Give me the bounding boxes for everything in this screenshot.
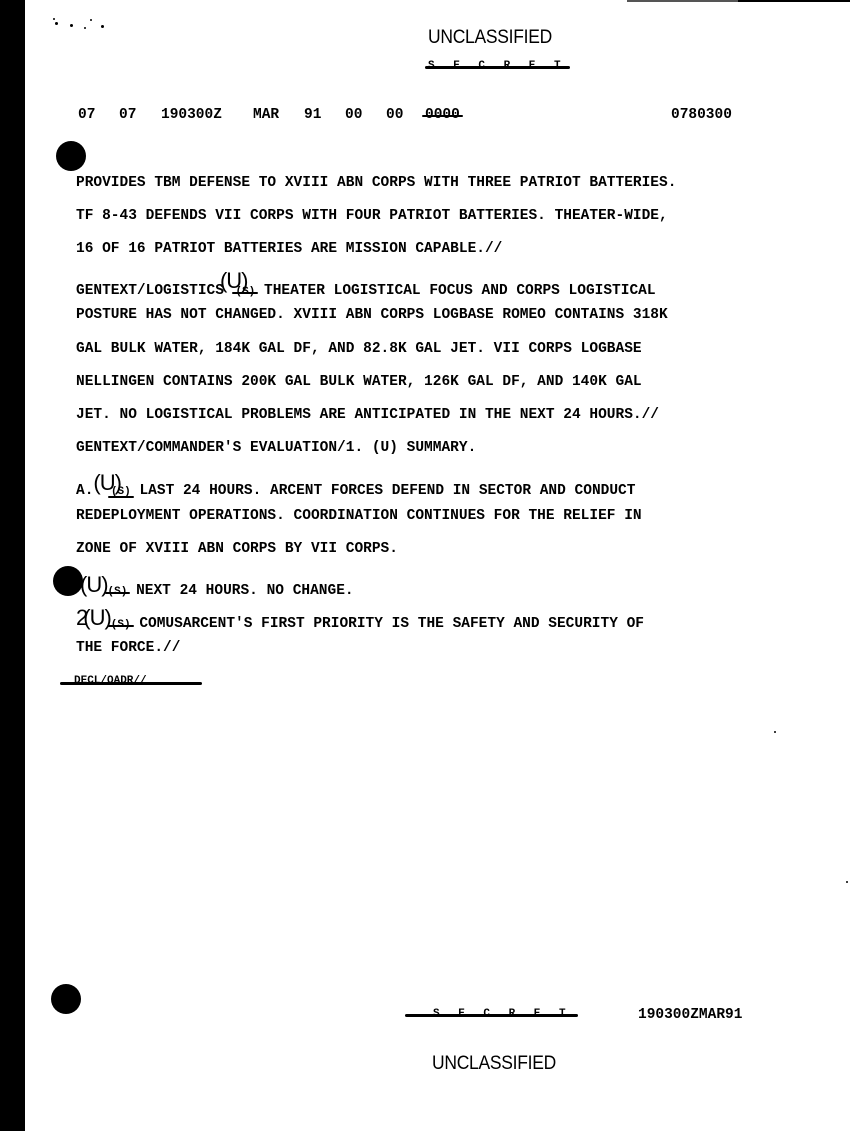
body-line: PROVIDES TBM DEFENSE TO XVIII ABN CORPS … [76,175,676,191]
struck-marking: (S) [235,286,255,298]
header-field-6: 00 [345,107,362,123]
logistics-heading-line: GENTEXT/LOGISTICS(U)(S) THEATER LOGISTIC… [76,274,656,300]
header-field-7: 00 [386,107,403,123]
classification-banner-top: UNCLASSIFIED [428,27,552,49]
handwritten-marking: (U) [83,605,111,631]
scan-black-margin [0,0,25,1131]
body-line: POSTURE HAS NOT CHANGED. XVIII ABN CORPS… [76,307,668,323]
header-month: MAR [253,107,279,123]
footer-dtg: 190300ZMAR91 [638,1007,742,1023]
item-a-first-line: A.(U)(S) LAST 24 HOURS. ARCENT FORCES DE… [76,474,635,500]
struck-marking: (S) [108,586,128,598]
header-field-2: 07 [119,107,136,123]
punch-hole-bottom [51,984,81,1014]
handwritten-marking: (U) [80,572,108,598]
scan-speck [90,19,92,21]
scan-speck [70,24,73,27]
struck-marking: (S) [111,486,131,498]
header-message-number: 0780300 [671,107,732,123]
body-line: 16 OF 16 PATRIOT BATTERIES ARE MISSION C… [76,241,502,257]
body-line: ZONE OF XVIII ABN CORPS BY VII CORPS. [76,541,398,557]
punch-hole-top [56,141,86,171]
body-line: NELLINGEN CONTAINS 200K GAL BULK WATER, … [76,374,642,390]
commander-eval-heading: GENTEXT/COMMANDER'S EVALUATION/1. (U) SU… [76,440,476,456]
item-2-first-line: 2(U)(S) COMUSARCENT'S FIRST PRIORITY IS … [76,607,644,633]
original-classification-top: S E C R E T [428,60,567,72]
classification-banner-bottom: UNCLASSIFIED [432,1053,556,1075]
header-year: 91 [304,107,321,123]
header-field-1: 07 [78,107,95,123]
scan-speck [53,18,55,20]
scan-speck [84,27,86,29]
item-b-line: (U)(S) NEXT 24 HOURS. NO CHANGE. [80,574,354,600]
header-dtg: 190300Z [161,107,222,123]
punch-hole-middle [53,566,83,596]
header-struck-field: 0000 [425,107,460,123]
body-line: THE FORCE.// [76,640,180,656]
scan-speck [101,25,104,28]
scan-speck [774,731,776,733]
body-line: REDEPLOYMENT OPERATIONS. COORDINATION CO… [76,508,642,524]
scan-speck [55,22,58,25]
body-line: TF 8-43 DEFENDS VII CORPS WITH FOUR PATR… [76,208,668,224]
original-classification-bottom: S E C R E T [433,1008,572,1020]
scan-speck [846,881,848,883]
struck-marking: (S) [111,619,131,631]
scan-top-rule [627,0,850,2]
body-line: GAL BULK WATER, 184K GAL DF, AND 82.8K G… [76,341,642,357]
body-line: JET. NO LOGISTICAL PROBLEMS ARE ANTICIPA… [76,407,659,423]
struck-declass-line: DECL/OADR// [60,675,202,687]
